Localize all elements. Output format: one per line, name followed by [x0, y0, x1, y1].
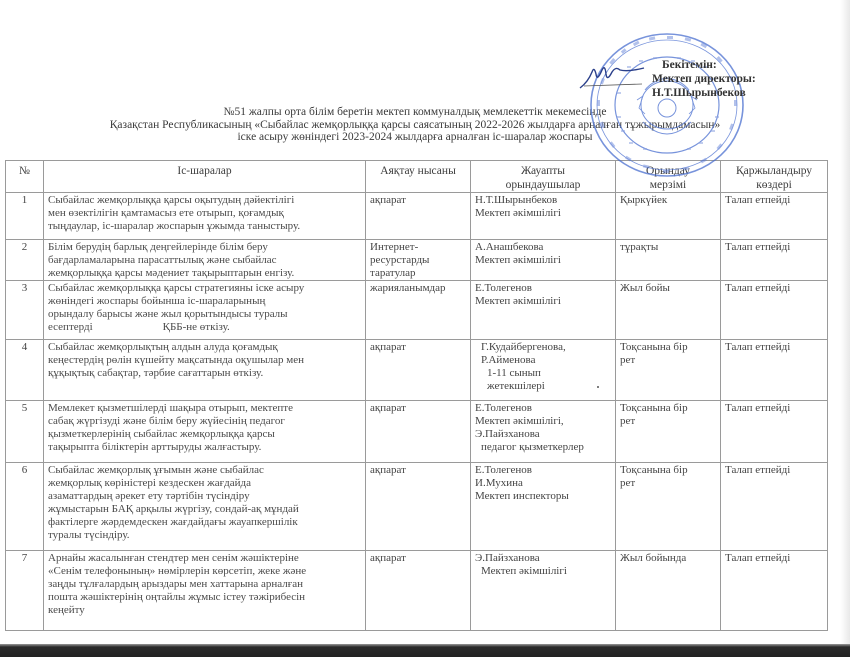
approval-block: Бекітемін: Мектеп директоры: Н.Т.Шырынбе… [652, 58, 756, 100]
funding-cell: Талап етпейді [721, 551, 828, 631]
document-page: Бекітемін: Мектеп директоры: Н.Т.Шырынбе… [0, 0, 850, 657]
completion-form-cell: жарияланымдар [366, 281, 471, 340]
row-number: 3 [6, 281, 44, 340]
deadline-cell: Жыл бойы [616, 281, 721, 340]
responsible-cell: Г.Кудайбергенова,Р.Айменова1-11 сыныпжет… [471, 340, 616, 401]
deadline-cell: Тоқсанына біррет [616, 340, 721, 401]
official-stamp-icon [587, 30, 747, 180]
completion-form-cell: ақпарат [366, 463, 471, 551]
activity-cell: Мемлекет қызметшілерді шақыра отырып, ме… [44, 401, 366, 463]
responsible-cell: Е.ТолегеновМектеп әкімшілігі,Э.Пайзханов… [471, 401, 616, 463]
row-number: 2 [6, 240, 44, 281]
responsible-cell: Е.ТолегеновМектеп әкімшілігі [471, 281, 616, 340]
table-row: 5Мемлекет қызметшілерді шақыра отырып, м… [6, 401, 828, 463]
activity-cell: Сыбайлас жемқорлыққа қарсы оқытудың дәйе… [44, 193, 366, 240]
row-number: 4 [6, 340, 44, 401]
deadline-cell: тұрақты [616, 240, 721, 281]
activity-cell: Сыбайлас жемқорлық ұғымын және сыбайласж… [44, 463, 366, 551]
table-row: 3Сыбайлас жемқорлыққа қарсы стратегияны … [6, 281, 828, 340]
responsible-cell: Э.ПайзхановаМектеп әкімшілігі [471, 551, 616, 631]
header-num: № [6, 161, 44, 193]
approval-name: Н.Т.Шырынбеков [652, 86, 756, 100]
activity-cell: Білім берудің барлық деңгейлерінде білім… [44, 240, 366, 281]
completion-form-cell: ақпарат [366, 193, 471, 240]
header-activity: Іс-шаралар [44, 161, 366, 193]
responsible-cell: Е.ТолегеновИ.МухинаМектеп инспекторы [471, 463, 616, 551]
table-row: 6Сыбайлас жемқорлық ұғымын және сыбайлас… [6, 463, 828, 551]
funding-cell: Талап етпейді [721, 401, 828, 463]
activity-cell: Сыбайлас жемқорлыққа қарсы стратегияны і… [44, 281, 366, 340]
row-number: 7 [6, 551, 44, 631]
completion-form-cell: ақпарат [366, 551, 471, 631]
funding-cell: Талап етпейді [721, 463, 828, 551]
row-number: 1 [6, 193, 44, 240]
action-plan-table: № Іс-шаралар Аяқтау нысаны Жауапты орынд… [5, 160, 828, 631]
funding-cell: Талап етпейді [721, 340, 828, 401]
activity-cell: Арнайы жасалынған стендтер мен сенім жәш… [44, 551, 366, 631]
funding-cell: Талап етпейді [721, 240, 828, 281]
approval-position: Мектеп директоры: [652, 72, 756, 86]
funding-cell: Талап етпейді [721, 193, 828, 240]
deadline-cell: Қыркүйек [616, 193, 721, 240]
deadline-cell: Тоқсанына біррет [616, 401, 721, 463]
table-row: 1Сыбайлас жемқорлыққа қарсы оқытудың дәй… [6, 193, 828, 240]
responsible-cell: Н.Т.ШырынбековМектеп әкімшілігі [471, 193, 616, 240]
table-row: 7Арнайы жасалынған стендтер мен сенім жә… [6, 551, 828, 631]
row-number: 5 [6, 401, 44, 463]
approval-label: Бекітемін: [652, 58, 756, 72]
scan-bottom-band [0, 644, 850, 657]
funding-cell: Талап етпейді [721, 281, 828, 340]
header-completion-form: Аяқтау нысаны [366, 161, 471, 193]
scan-right-edge [840, 0, 850, 645]
completion-form-cell: Интернет-ресурстардытаратулар [366, 240, 471, 281]
scan-speck [597, 386, 599, 388]
responsible-cell: А.АнашбековаМектеп әкімшілігі [471, 240, 616, 281]
completion-form-cell: ақпарат [366, 401, 471, 463]
deadline-cell: Тоқсанына біррет [616, 463, 721, 551]
deadline-cell: Жыл бойында [616, 551, 721, 631]
signature-icon [578, 62, 648, 92]
completion-form-cell: ақпарат [366, 340, 471, 401]
row-number: 6 [6, 463, 44, 551]
activity-cell: Сыбайлас жемқорлықтың алдын алуда қоғамд… [44, 340, 366, 401]
table-row: 2Білім берудің барлық деңгейлерінде білі… [6, 240, 828, 281]
table-row: 4Сыбайлас жемқорлықтың алдын алуда қоғам… [6, 340, 828, 401]
